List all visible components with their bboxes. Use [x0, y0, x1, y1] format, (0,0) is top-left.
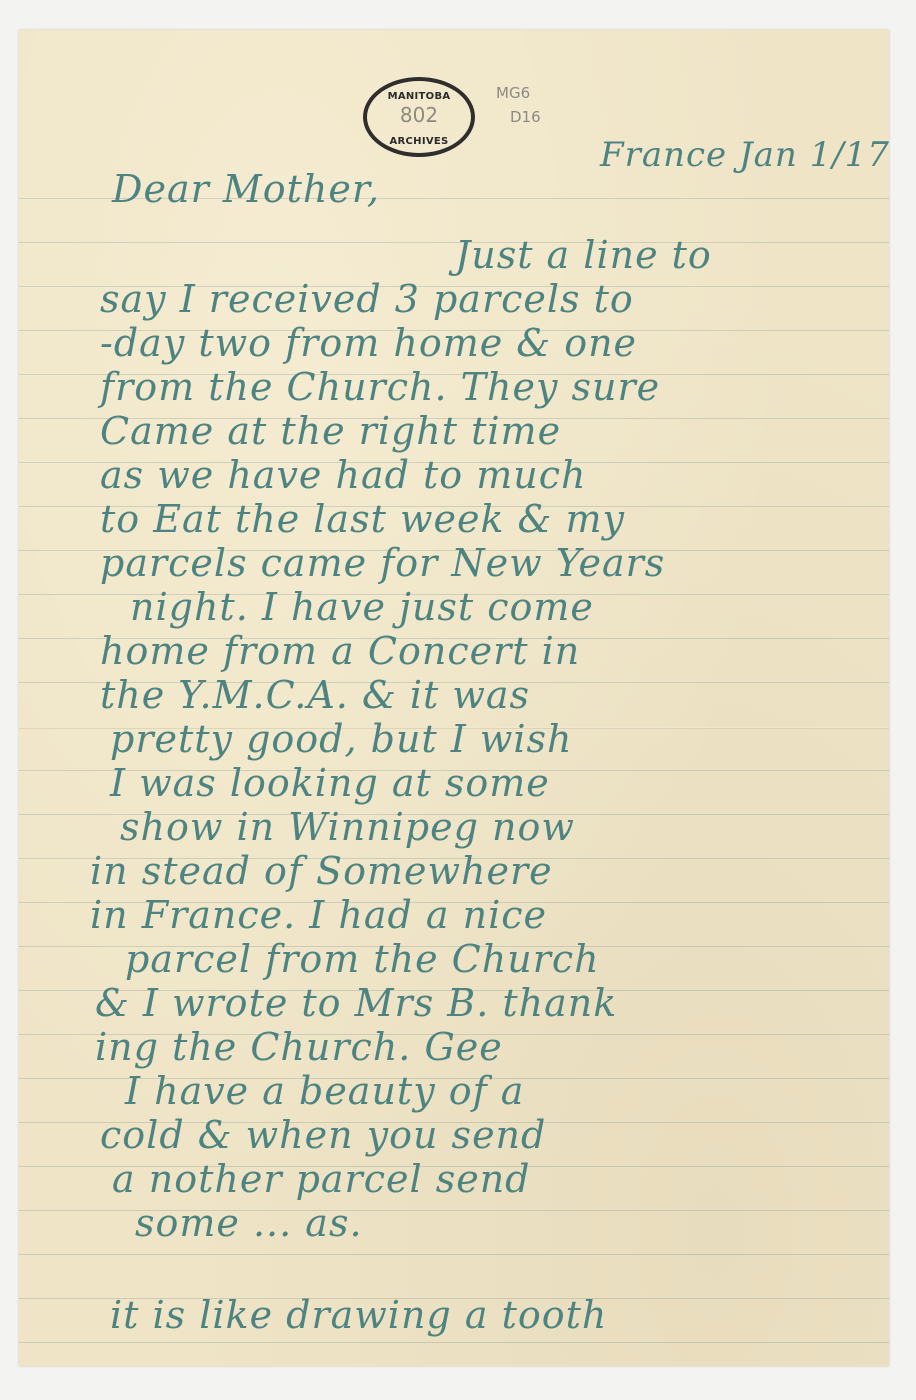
letter-line: some ... as.	[135, 1204, 363, 1242]
pencil-annotation-line1: MG6	[496, 84, 530, 102]
letter-line: home from a Concert in	[100, 632, 580, 670]
salutation: Dear Mother,	[112, 170, 380, 208]
ruled-line	[19, 242, 889, 243]
letter-line: night. I have just come	[130, 588, 594, 626]
dateline: France Jan 1/17	[600, 138, 890, 172]
ruled-line	[19, 1342, 889, 1343]
letter-line: as we have had to much	[100, 456, 587, 494]
letter-line: say I received 3 parcels to	[100, 280, 634, 318]
letter-line: I was looking at some	[110, 764, 550, 802]
letter-line: & I wrote to Mrs B. thank	[95, 984, 617, 1022]
letter-line: show in Winnipeg now	[120, 808, 575, 846]
ruled-line	[19, 1254, 889, 1255]
stamp-bottom-text: ARCHIVES	[367, 136, 471, 147]
letter-line: in France. I had a nice	[90, 896, 547, 934]
letter-line: ing the Church. Gee	[95, 1028, 503, 1066]
letter-line: cold & when you send	[100, 1116, 546, 1154]
letter-line: a nother parcel send	[112, 1160, 531, 1198]
archive-stamp: MANITOBA 802 ARCHIVES	[363, 77, 475, 157]
letter-line: -day two from home & one	[100, 324, 637, 362]
letter-line: Just a line to	[455, 236, 712, 274]
letter-line: it is like drawing a tooth	[110, 1296, 607, 1334]
letter-line: from the Church. They sure	[100, 368, 660, 406]
stamp-top-text: MANITOBA	[367, 91, 471, 102]
letter-line: Came at the right time	[100, 412, 561, 450]
letter-line: to Eat the last week & my	[100, 500, 625, 538]
pencil-annotation-line2: D16	[510, 108, 541, 126]
letter-line: pretty good, but I wish	[110, 720, 573, 758]
letter-line: in stead of Somewhere	[90, 852, 553, 890]
letter-line: I have a beauty of a	[125, 1072, 524, 1110]
letter-line: parcels came for New Years	[100, 544, 665, 582]
stamp-number: 802	[367, 103, 471, 127]
letter-line: parcel from the Church	[125, 940, 600, 978]
letter-line: the Y.M.C.A. & it was	[100, 676, 530, 714]
